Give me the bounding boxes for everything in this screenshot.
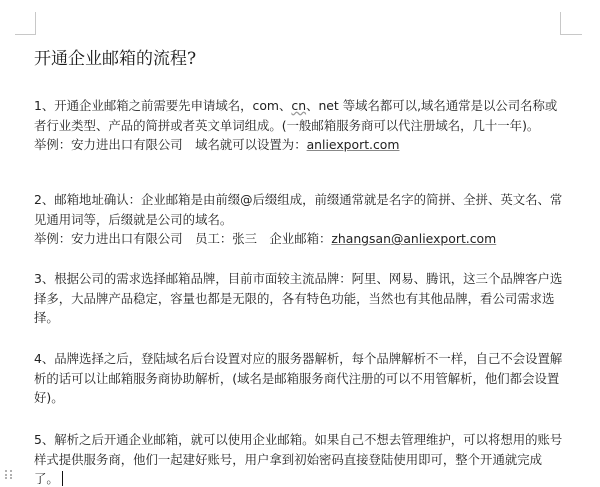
example-label: 举例：安力进出口有限公司 域名就可以设置为：: [34, 137, 307, 152]
paragraph-text: 5、解析之后开通企业邮箱，就可以使用企业邮箱。如果自己不想去管理维护，可以将想用…: [34, 432, 562, 486]
drag-handle-icon[interactable]: [5, 470, 13, 480]
paragraph-2[interactable]: 2、邮箱地址确认：企业邮箱是由前缀@后缀组成，前缀通常就是名字的简拼、全拼、英文…: [34, 190, 564, 249]
paragraph-text: 2、邮箱地址确认：企业邮箱是由前缀@后缀组成，前缀通常就是名字的简拼、全拼、英文…: [34, 190, 564, 229]
spellcheck-word[interactable]: cn: [291, 98, 306, 113]
example-email-link[interactable]: zhangsan@anliexport.com: [331, 231, 496, 246]
paragraph-1[interactable]: 1、开通企业邮箱之前需要先申请域名，com、cn、net 等域名都可以,域名通常…: [34, 96, 564, 155]
paragraph-4[interactable]: 4、品牌选择之后，登陆域名后台设置对应的服务器解析，每个品牌解析不一样，自己不会…: [34, 349, 564, 408]
paragraph-text: 4、品牌选择之后，登陆域名后台设置对应的服务器解析，每个品牌解析不一样，自己不会…: [34, 349, 564, 408]
page-corner-mark-top-right: [560, 34, 582, 35]
paragraph-text: 1、开通企业邮箱之前需要先申请域名，com、: [34, 98, 291, 113]
page-corner-mark-top-left: [35, 12, 36, 34]
paragraph-text: 3、根据公司的需求选择邮箱品牌，目前市面较主流品牌：阿里、网易、腾讯，这三个品牌…: [34, 269, 564, 328]
text-cursor-icon: [62, 471, 64, 486]
paragraph-3[interactable]: 3、根据公司的需求选择邮箱品牌，目前市面较主流品牌：阿里、网易、腾讯，这三个品牌…: [34, 269, 564, 328]
example-label: 举例：安力进出口有限公司 员工：张三 企业邮箱：: [34, 231, 331, 246]
paragraph-5[interactable]: 5、解析之后开通企业邮箱，就可以使用企业邮箱。如果自己不想去管理维护，可以将想用…: [34, 430, 564, 487]
document-title[interactable]: 开通企业邮箱的流程?: [34, 44, 196, 69]
page-corner-mark-top-left: [15, 34, 36, 35]
page-corner-mark-top-right: [560, 12, 561, 34]
example-domain-link[interactable]: anliexport.com: [307, 137, 400, 152]
